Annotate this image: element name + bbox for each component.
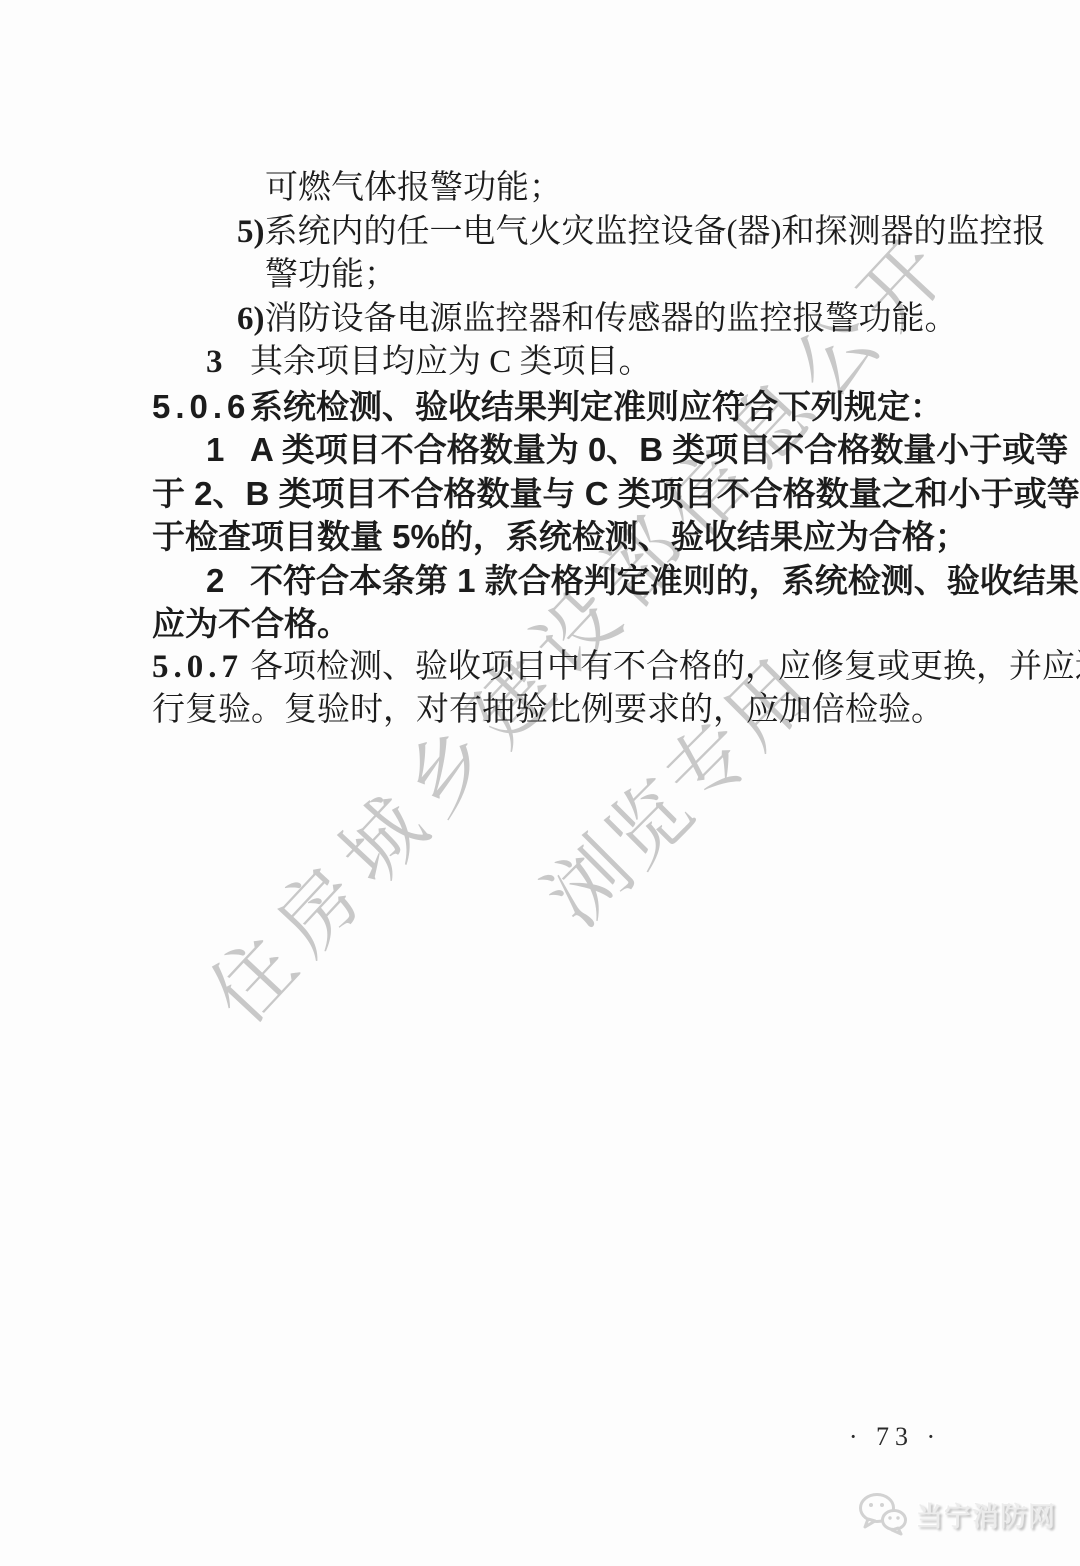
text-line: 2不符合本条第 1 款合格判定准则的，系统检测、验收结果 — [152, 559, 964, 603]
wechat-icon — [858, 1492, 916, 1536]
line-text: 系统内的任一电气火灾监控设备(器)和探测器的监控报 — [265, 214, 1046, 250]
section-number: 5.0.7 — [152, 646, 250, 690]
line-text: 于检查项目数量 5%的，系统检测、验收结果应为合格； — [152, 518, 968, 555]
text-line-section: 5.0.7各项检测、验收项目中有不合格的，应修复或更换，并应进 — [152, 646, 964, 690]
line-text: 于 2、B 类项目不合格数量与 C 类项目不合格数量之和小于或等 — [152, 475, 1080, 512]
page-number: · 73 · — [845, 1422, 945, 1452]
text-line-section: 5.0.6系统检测、验收结果判定准则应符合下列规定： — [152, 385, 964, 429]
text-line: 于 2、B 类项目不合格数量与 C 类项目不合格数量之和小于或等 — [152, 472, 964, 516]
text-line: 警功能； — [152, 254, 964, 298]
text-line: 6)消防设备电源监控器和传感器的监控报警功能。 — [152, 298, 964, 342]
text-line: 于检查项目数量 5%的，系统检测、验收结果应为合格； — [152, 515, 964, 559]
line-text: 可燃气体报警功能； — [265, 170, 562, 206]
item-number: 2 — [206, 559, 250, 603]
line-text: 消防设备电源监控器和传感器的监控报警功能。 — [265, 301, 958, 337]
item-number: 6) — [237, 301, 265, 337]
line-text: 其余项目均应为 C 类项目。 — [250, 344, 652, 380]
text-line: 行复验。复验时，对有抽验比例要求的，应加倍检验。 — [152, 689, 964, 733]
line-text: 不符合本条第 1 款合格判定准则的，系统检测、验收结果 — [250, 562, 1079, 599]
site-logo-text: 当宁消防网 — [916, 1495, 1056, 1534]
line-text: 行复验。复验时，对有抽验比例要求的，应加倍检验。 — [152, 692, 944, 728]
item-number: 5) — [237, 214, 265, 250]
item-number: 1 — [206, 428, 250, 472]
text-line: 应为不合格。 — [152, 602, 964, 646]
line-text: 系统检测、验收结果判定准则应符合下列规定： — [250, 388, 943, 425]
site-logo: 当宁消防网 — [858, 1492, 1056, 1536]
text-line: 3其余项目均应为 C 类项目。 — [152, 341, 964, 385]
line-text: 各项检测、验收项目中有不合格的，应修复或更换，并应进 — [250, 649, 1080, 685]
document-page: 住房城乡建设部信息公开 浏览专用 可燃气体报警功能； 5)系统内的任一电气火灾监… — [0, 0, 1080, 1566]
line-text: A 类项目不合格数量为 0、B 类项目不合格数量小于或等 — [250, 431, 1068, 468]
text-line: 1A 类项目不合格数量为 0、B 类项目不合格数量小于或等 — [152, 428, 964, 472]
text-line: 5)系统内的任一电气火灾监控设备(器)和探测器的监控报 — [152, 211, 964, 255]
line-text: 应为不合格。 — [152, 605, 350, 642]
item-number: 3 — [206, 341, 250, 385]
text-line: 可燃气体报警功能； — [152, 167, 964, 211]
line-text: 警功能； — [265, 257, 397, 293]
text-block: 可燃气体报警功能； 5)系统内的任一电气火灾监控设备(器)和探测器的监控报 警功… — [152, 167, 964, 733]
section-number: 5.0.6 — [152, 385, 250, 429]
